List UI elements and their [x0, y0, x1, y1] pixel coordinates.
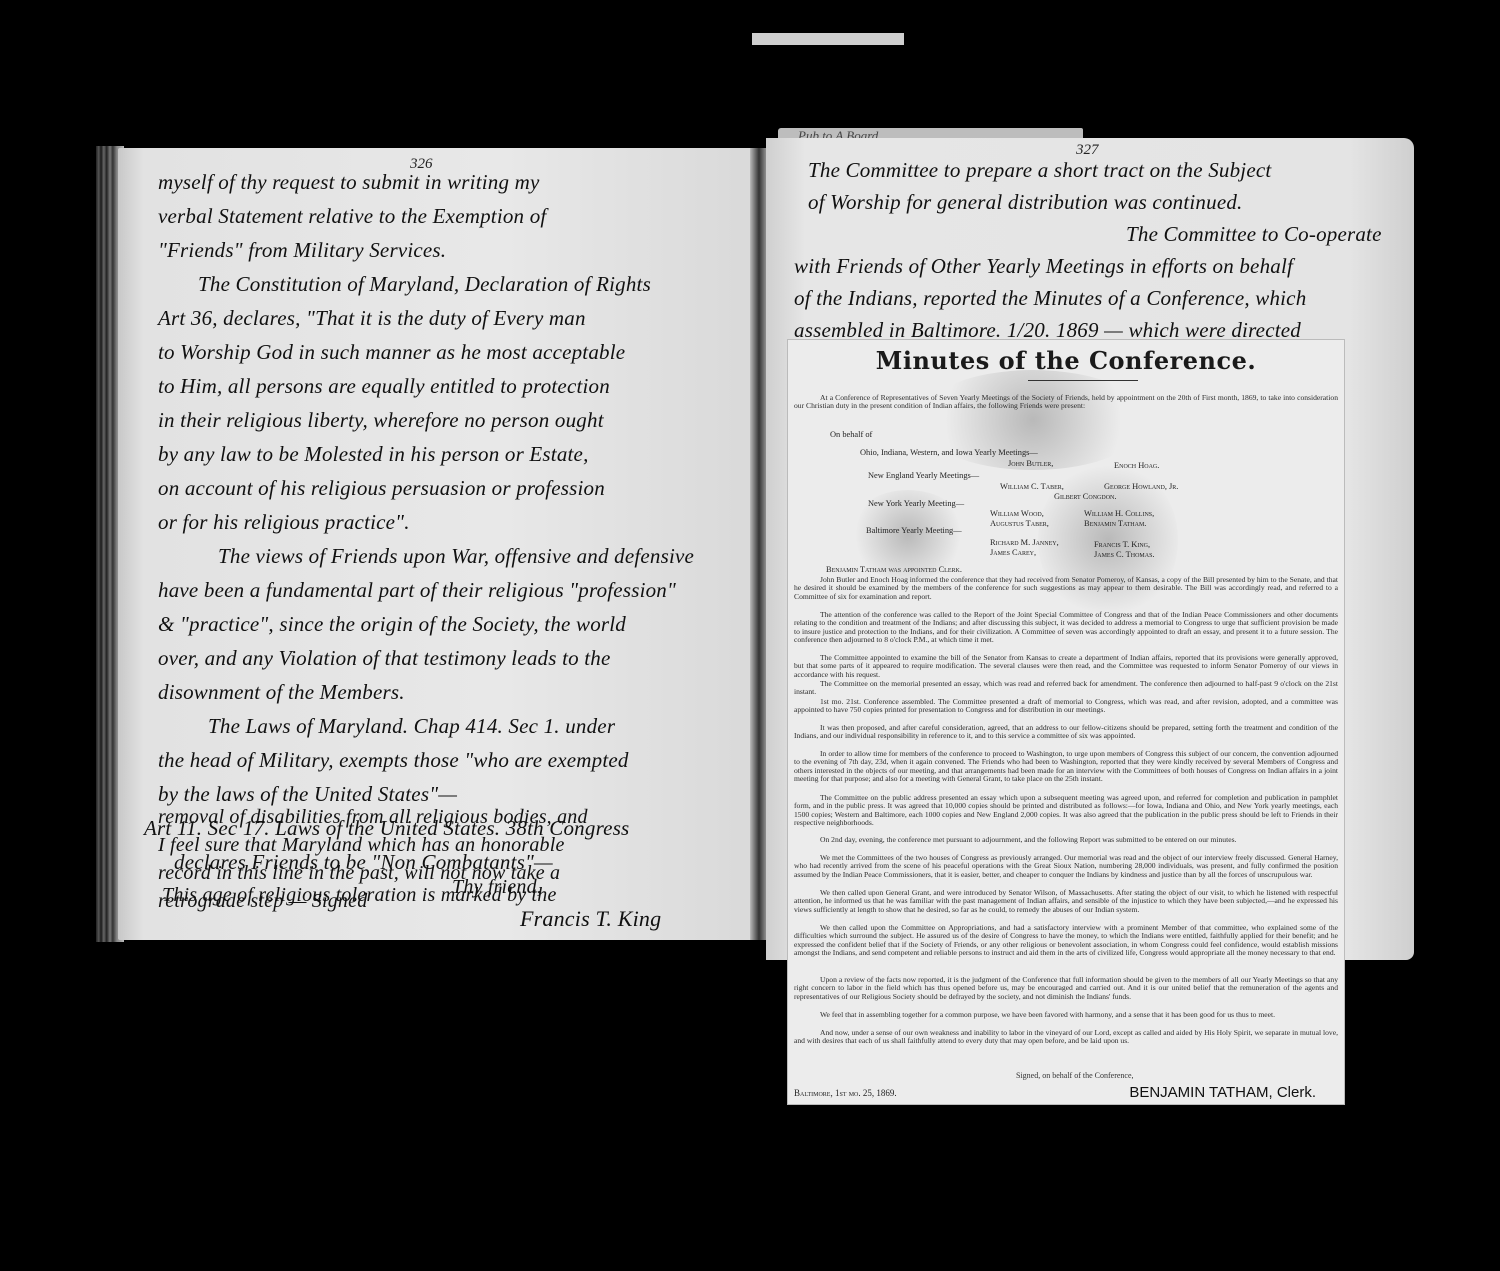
handwritten-line: The Constitution of Maryland, Declaratio… [198, 272, 651, 297]
attendee-name: Enoch Hoag. [1114, 461, 1159, 470]
clipping-paragraph: And now, under a sense of our own weakne… [794, 1029, 1338, 1046]
newspaper-clipping: Minutes of the Conference. At a Conferen… [788, 340, 1344, 1104]
handwritten-line: "Friends" from Military Services. [158, 238, 446, 263]
meeting-label: New York Yearly Meeting— [868, 499, 964, 508]
clipping-paragraph: The Committee on the public address pres… [794, 794, 1338, 828]
signed-line: Signed, on behalf of the Conference, [1016, 1071, 1134, 1080]
handwritten-line: with Friends of Other Yearly Meetings in… [794, 254, 1293, 279]
attendee-name: George Howland, Jr. [1104, 482, 1178, 491]
handwritten-line: disownment of the Members. [158, 680, 405, 705]
clipping-paragraph: We met the Committees of the two houses … [794, 854, 1338, 879]
handwritten-line: have been a fundamental part of their re… [158, 578, 676, 603]
title-rule [1028, 380, 1138, 381]
clipping-intro: At a Conference of Representatives of Se… [794, 394, 1338, 411]
handwritten-line: myself of thy request to submit in writi… [158, 170, 540, 195]
clipping-paragraph: Benjamin Tatham was appointed Clerk. [826, 565, 962, 574]
clipping-paragraph: Upon a review of the facts now reported,… [794, 976, 1338, 1001]
attendee-name: John Butler, [1008, 459, 1053, 468]
clipping-paragraph: John Butler and Enoch Hoag informed the … [794, 576, 1338, 601]
attendee-name: Francis T. King, [1094, 540, 1150, 549]
clipping-paragraph: On 2nd day, evening, the conference met … [794, 836, 1338, 844]
handwritten-line: in their religious liberty, wherefore no… [158, 408, 604, 433]
clipping-paragraph: We then called upon the Committee on App… [794, 924, 1338, 958]
attendee-name: Benjamin Tatham. [1084, 519, 1146, 528]
meeting-label: Ohio, Indiana, Western, and Iowa Yearly … [860, 448, 1038, 457]
handwritten-line: on account of his religious persuasion o… [158, 476, 605, 501]
handwritten-line: to Worship God in such manner as he most… [158, 340, 625, 365]
page-number-right: 327 [1076, 142, 1099, 159]
handwritten-line: & "practice", since the origin of the So… [158, 612, 626, 637]
clerk-signature: BENJAMIN TATHAM, Clerk. [1129, 1084, 1316, 1101]
handwritten-line: of the Indians, reported the Minutes of … [794, 286, 1306, 311]
closing-salutation: Thy friend, [452, 876, 542, 899]
handwritten-line: Art 36, declares, "That it is the duty o… [158, 306, 586, 331]
attendee-name: Gilbert Congdon. [1054, 492, 1116, 501]
handwritten-line: removal of disabilities from all religio… [158, 806, 588, 829]
clipping-paragraph: We feel that in assembling together for … [794, 1011, 1338, 1019]
meeting-label: New England Yearly Meetings— [868, 471, 979, 480]
clipping-paragraph: The Committee appointed to examine the b… [794, 654, 1338, 679]
handwritten-line: verbal Statement relative to the Exempti… [158, 204, 546, 229]
meeting-label: Baltimore Yearly Meeting— [866, 526, 962, 535]
handwritten-line: of Worship for general distribution was … [808, 190, 1243, 215]
on-behalf-label: On behalf of [830, 430, 872, 439]
handwritten-line: or for his religious practice". [158, 510, 410, 535]
handwritten-line: by any law to be Molested in his person … [158, 442, 589, 467]
handwritten-line: over, and any Violation of that testimon… [158, 646, 611, 671]
attendee-name: William C. Taber, [1000, 482, 1064, 491]
signature: Francis T. King [520, 906, 661, 932]
attendee-name: James C. Thomas. [1094, 550, 1155, 559]
clipping-paragraph: 1st mo. 21st. Conference assembled. The … [794, 698, 1338, 715]
handwritten-line: The Committee to prepare a short tract o… [808, 158, 1271, 183]
handwritten-line: The Committee to Co-operate [1126, 222, 1382, 247]
attendee-name: William H. Collins, [1084, 509, 1154, 518]
clipping-paragraph: We then called upon General Grant, and w… [794, 889, 1338, 914]
handwritten-line: retrograde step — Signed [158, 890, 367, 913]
clipping-paragraph: It was then proposed, and after careful … [794, 724, 1338, 741]
film-leader-strip [752, 33, 904, 45]
attendee-name: James Carey, [990, 548, 1036, 557]
handwritten-line: to Him, all persons are equally entitled… [158, 374, 610, 399]
handwritten-line: The views of Friends upon War, offensive… [218, 544, 694, 569]
clipping-paragraph: The attention of the conference was call… [794, 611, 1338, 645]
clipping-title: Minutes of the Conference. [788, 346, 1344, 375]
attendee-name: Augustus Taber, [990, 519, 1049, 528]
dateline: Baltimore, 1st mo. 25, 1869. [794, 1088, 897, 1098]
handwritten-line: I feel sure that Maryland which has an h… [158, 834, 565, 857]
attendee-name: Richard M. Janney, [990, 538, 1059, 547]
clipping-paragraph: The Committee on the memorial presented … [794, 680, 1338, 697]
attendee-name: William Wood, [990, 509, 1044, 518]
clipping-paragraph: In order to allow time for members of th… [794, 750, 1338, 784]
handwritten-line: The Laws of Maryland. Chap 414. Sec 1. u… [208, 714, 615, 739]
